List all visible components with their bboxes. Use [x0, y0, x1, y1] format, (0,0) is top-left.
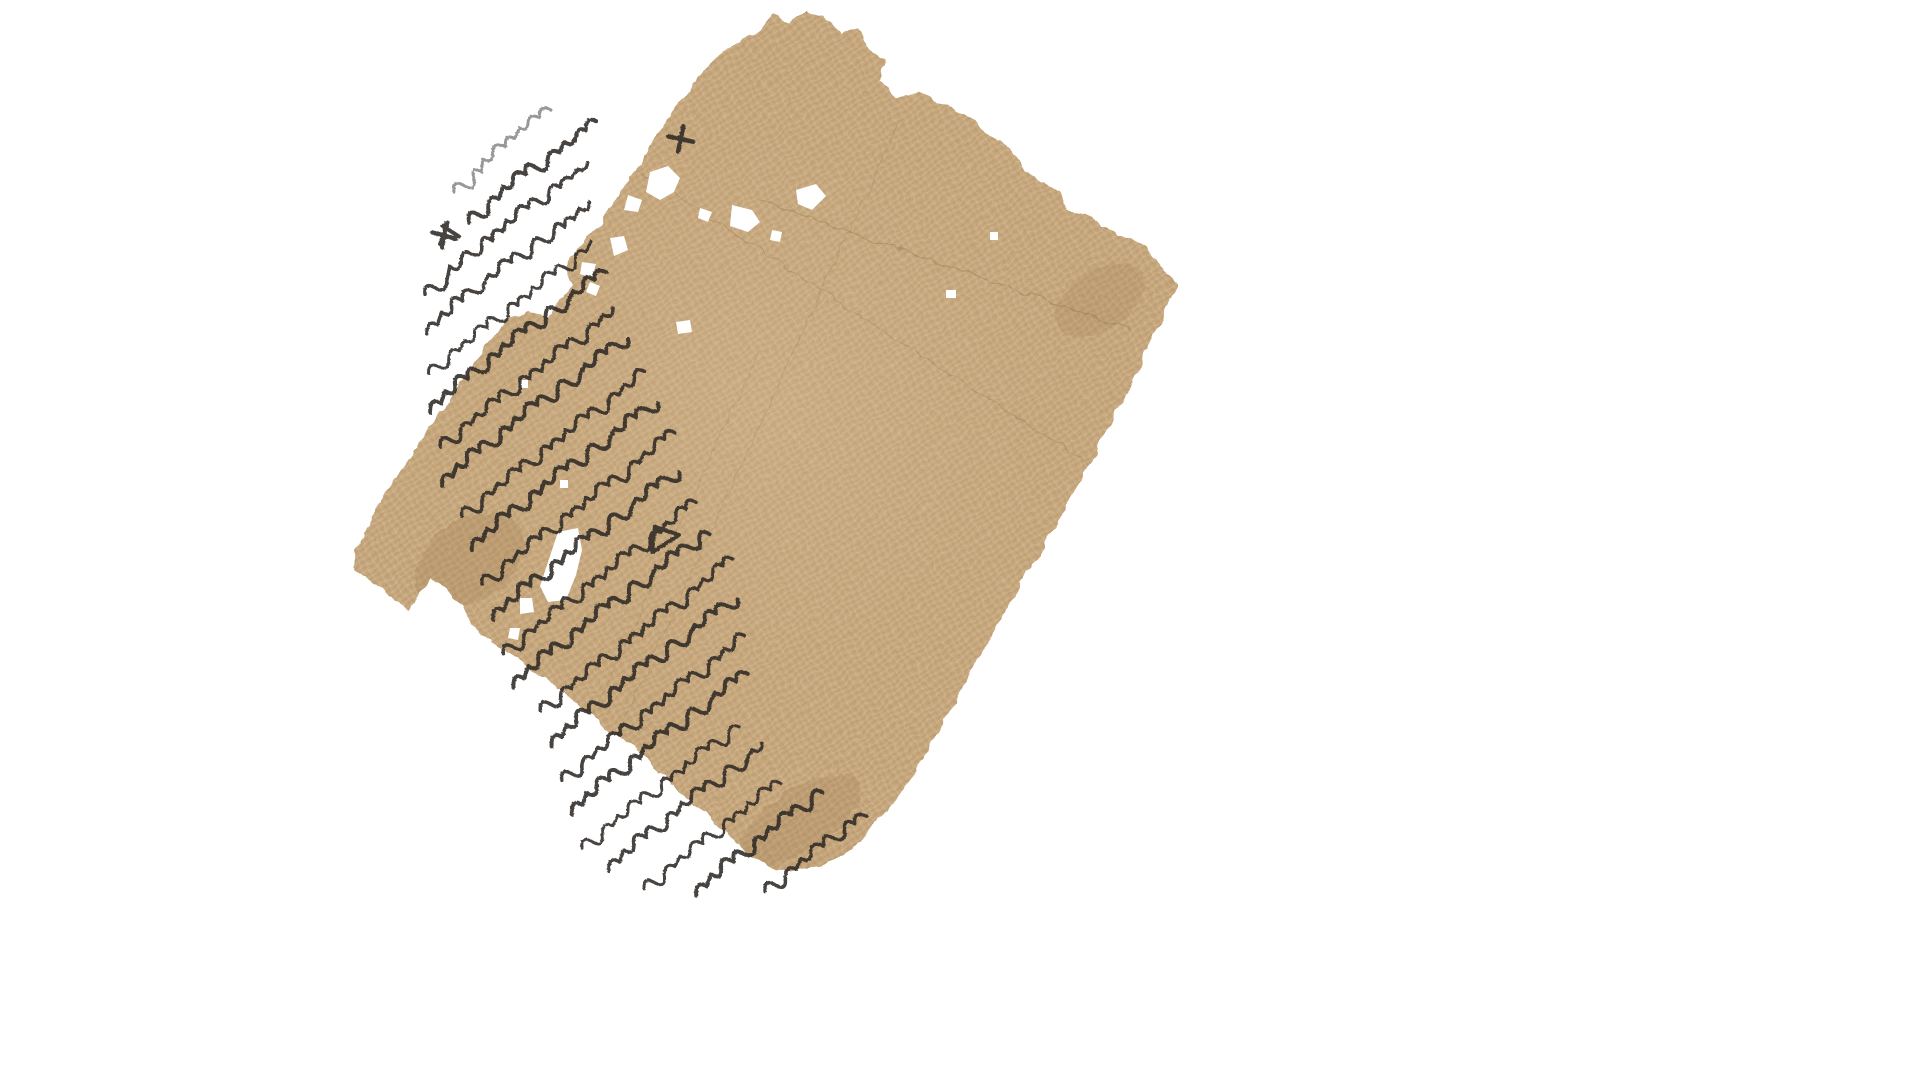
papyrus-fragment [0, 0, 1920, 1080]
photo-canvas: Ancient papyrus fragment with handwritte… [0, 0, 1920, 1080]
